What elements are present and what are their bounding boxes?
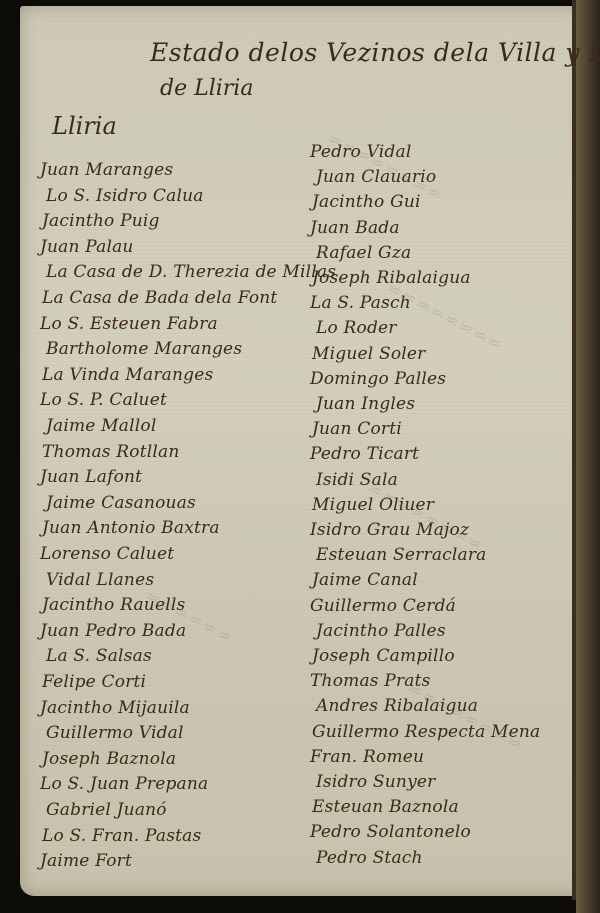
resident-name: Andres Ribalaigua — [316, 696, 478, 716]
resident-name-entry: Guillermo Vidal — [46, 723, 184, 743]
resident-name: Guillermo Vidal — [46, 723, 184, 743]
resident-name: Joseph Ribalaigua — [312, 268, 471, 288]
resident-name-entry: La Vinda Maranges — [42, 365, 213, 385]
resident-name-entry: Pedro Vidal — [310, 142, 411, 162]
resident-name-entry: Fran. Romeu — [310, 747, 424, 767]
resident-name-entry: Lo S. Esteuen Fabra — [40, 314, 218, 334]
resident-name-entry: Juan Corti — [312, 419, 402, 439]
resident-name: Juan Lafont — [40, 467, 142, 487]
resident-name-entry: Gabriel Juanó — [46, 800, 167, 820]
resident-name: Isidro Grau Majoz — [310, 520, 469, 540]
resident-name: Lo S. Esteuen Fabra — [40, 314, 218, 334]
resident-name: La S. Salsas — [46, 646, 152, 666]
resident-name-entry: Isidi Sala — [316, 470, 398, 490]
resident-name: Miguel Soler — [312, 344, 425, 364]
section-heading: Lliria — [52, 112, 117, 140]
resident-name: Juan Corti — [312, 419, 402, 439]
resident-name-entry: Domingo Palles — [310, 369, 446, 389]
resident-name: Jacintho Rauells — [42, 595, 185, 615]
resident-name: Thomas Prats — [310, 671, 431, 691]
resident-name: Jacintho Mijauila — [40, 698, 190, 718]
resident-name-entry: Jaime Mallol — [46, 416, 156, 436]
resident-name: Lo S. P. Caluet — [40, 390, 167, 410]
resident-name: Jaime Fort — [40, 851, 132, 871]
document-title-line2: de Lliria — [160, 76, 253, 101]
resident-name: La Vinda Maranges — [42, 365, 213, 385]
resident-name-entry: Jaime Casanouas — [46, 493, 196, 513]
resident-name-entry: La S. Salsas — [46, 646, 152, 666]
resident-name: Joseph Campillo — [312, 646, 455, 666]
resident-name-entry: Juan Ingles — [316, 394, 415, 414]
resident-name-entry: Jacintho Palles — [316, 621, 446, 641]
resident-name-entry: Felipe Corti — [42, 672, 146, 692]
resident-name: Juan Pedro Bada — [40, 621, 186, 641]
resident-name-entry: Thomas Prats — [310, 671, 431, 691]
resident-name: Thomas Rotllan — [42, 442, 180, 462]
resident-name-entry: Esteuan Baznola — [312, 797, 459, 817]
resident-name: La Casa de D. Therezia de Millas — [46, 262, 336, 282]
resident-name: Jacintho Palles — [316, 621, 446, 641]
resident-name-entry: Jacintho Rauells — [42, 595, 185, 615]
resident-name: La Casa de Bada dela Font — [42, 288, 277, 308]
resident-name: Fran. Romeu — [310, 747, 424, 767]
resident-name: Juan Ingles — [316, 394, 415, 414]
resident-name: Juan Bada — [310, 218, 400, 238]
resident-name-entry: Andres Ribalaigua — [316, 696, 478, 716]
resident-name: Miguel Oliuer — [312, 495, 434, 515]
resident-name: Juan Palau — [40, 237, 134, 257]
resident-name-entry: Rafael Gza — [316, 243, 411, 263]
resident-name-entry: La Casa de D. Therezia de Millas — [46, 262, 336, 282]
resident-name-entry: Jacintho Mijauila — [40, 698, 190, 718]
resident-name: Lorenso Caluet — [40, 544, 174, 564]
resident-name-entry: Isidro Grau Majoz — [310, 520, 469, 540]
resident-name-entry: Lo S. Isidro Calua — [46, 186, 204, 206]
resident-name-entry: Lo S. P. Caluet — [40, 390, 167, 410]
document-title: Estado delos Vezinos dela Villa y Bailia — [150, 38, 600, 67]
resident-name-entry: Lo Roder — [316, 318, 397, 338]
resident-name-entry: Joseph Baznola — [42, 749, 176, 769]
resident-name-entry: La S. Pasch — [310, 293, 411, 313]
resident-name: Esteuan Serraclara — [316, 545, 487, 565]
resident-name-entry: Jacintho Gui — [312, 192, 421, 212]
resident-name: Isidro Sunyer — [316, 772, 435, 792]
resident-name: Bartholome Maranges — [46, 339, 242, 359]
resident-name-entry: Jaime Fort — [40, 851, 132, 871]
resident-name-entry: Jacintho Puig — [42, 211, 160, 231]
resident-name-entry: Guillermo Respecta Mena — [312, 722, 540, 742]
resident-name: Felipe Corti — [42, 672, 146, 692]
resident-name-entry: Juan Maranges — [40, 160, 173, 180]
resident-name-entry: Juan Pedro Bada — [40, 621, 186, 641]
resident-name-entry: Bartholome Maranges — [46, 339, 242, 359]
resident-name-entry: Joseph Campillo — [312, 646, 455, 666]
resident-name-entry: Juan Clauario — [316, 167, 436, 187]
resident-name: Lo S. Fran. Pastas — [42, 826, 201, 846]
resident-name-entry: Lo S. Juan Prepana — [40, 774, 208, 794]
resident-name: Jaime Mallol — [46, 416, 156, 436]
resident-name: Guillermo Respecta Mena — [312, 722, 540, 742]
resident-name-entry: Juan Lafont — [40, 467, 142, 487]
resident-name: Lo S. Isidro Calua — [46, 186, 204, 206]
resident-name: Juan Clauario — [316, 167, 436, 187]
resident-name: Jacintho Puig — [42, 211, 160, 231]
resident-name: Vidal Llanes — [46, 570, 154, 590]
resident-name: Jaime Canal — [312, 570, 418, 590]
resident-name: Esteuan Baznola — [312, 797, 459, 817]
resident-name-entry: Lo S. Fran. Pastas — [42, 826, 201, 846]
resident-name-entry: Juan Bada — [310, 218, 400, 238]
next-page-edge — [576, 0, 600, 913]
resident-name: Domingo Palles — [310, 369, 446, 389]
resident-name: La S. Pasch — [310, 293, 411, 313]
resident-name: Pedro Vidal — [310, 142, 411, 162]
resident-name-entry: Juan Antonio Baxtra — [42, 518, 220, 538]
resident-name-entry: Jaime Canal — [312, 570, 418, 590]
resident-name-entry: Pedro Solantonelo — [310, 822, 471, 842]
resident-name: Juan Antonio Baxtra — [42, 518, 220, 538]
resident-name-entry: Lorenso Caluet — [40, 544, 174, 564]
resident-name: Juan Maranges — [40, 160, 173, 180]
resident-name: Guillermo Cerdá — [310, 596, 456, 616]
resident-name: Pedro Solantonelo — [310, 822, 471, 842]
resident-name: Lo Roder — [316, 318, 397, 338]
resident-name-entry: Vidal Llanes — [46, 570, 154, 590]
resident-name: Pedro Stach — [316, 848, 423, 868]
resident-name: Pedro Ticart — [310, 444, 419, 464]
resident-name-entry: Juan Palau — [40, 237, 134, 257]
resident-name: Jaime Casanouas — [46, 493, 196, 513]
resident-name-entry: Esteuan Serraclara — [316, 545, 487, 565]
resident-name-entry: Pedro Stach — [316, 848, 423, 868]
resident-name: Rafael Gza — [316, 243, 411, 263]
resident-name: Joseph Baznola — [42, 749, 176, 769]
resident-name-entry: Miguel Soler — [312, 344, 425, 364]
resident-name-entry: Guillermo Cerdá — [310, 596, 456, 616]
resident-name: Gabriel Juanó — [46, 800, 167, 820]
resident-name-entry: Isidro Sunyer — [316, 772, 435, 792]
resident-name-entry: La Casa de Bada dela Font — [42, 288, 277, 308]
resident-name-entry: Miguel Oliuer — [312, 495, 434, 515]
resident-name: Jacintho Gui — [312, 192, 421, 212]
resident-name-entry: Thomas Rotllan — [42, 442, 180, 462]
resident-name-entry: Joseph Ribalaigua — [312, 268, 471, 288]
resident-name: Lo S. Juan Prepana — [40, 774, 208, 794]
resident-name: Isidi Sala — [316, 470, 398, 490]
resident-name-entry: Pedro Ticart — [310, 444, 419, 464]
